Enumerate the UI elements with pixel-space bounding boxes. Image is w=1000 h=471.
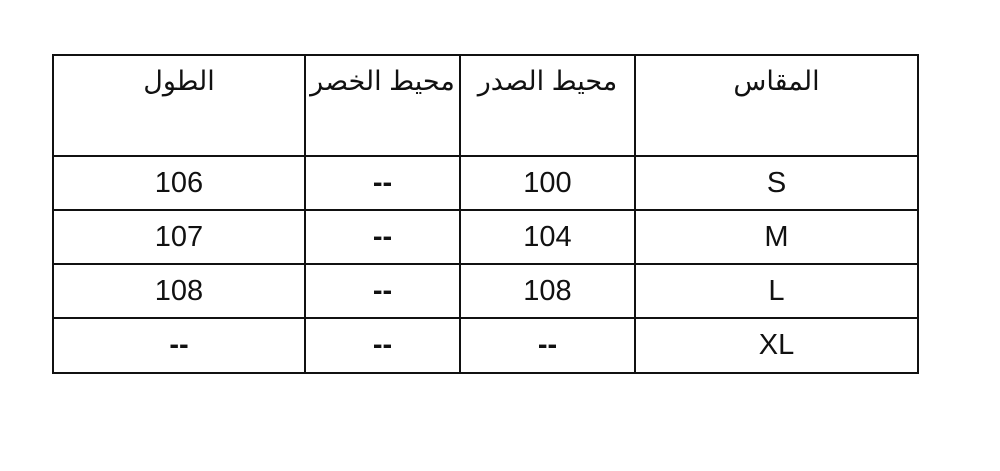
table-row: -- -- -- XL bbox=[53, 318, 918, 373]
table-row: 108 -- 108 L bbox=[53, 264, 918, 318]
cell-length: 106 bbox=[53, 156, 305, 210]
cell-size: M bbox=[635, 210, 918, 264]
table-row: 107 -- 104 M bbox=[53, 210, 918, 264]
cell-size: S bbox=[635, 156, 918, 210]
header-size: المقاس bbox=[635, 55, 918, 156]
cell-length: 107 bbox=[53, 210, 305, 264]
cell-chest: -- bbox=[460, 318, 635, 373]
cell-size: XL bbox=[635, 318, 918, 373]
size-chart-table: الطول محيط الخصر محيط الصدر المقاس 106 -… bbox=[52, 54, 919, 374]
cell-waist: -- bbox=[305, 156, 460, 210]
cell-chest: 104 bbox=[460, 210, 635, 264]
table-row: 106 -- 100 S bbox=[53, 156, 918, 210]
header-row: الطول محيط الخصر محيط الصدر المقاس bbox=[53, 55, 918, 156]
cell-size: L bbox=[635, 264, 918, 318]
cell-chest: 100 bbox=[460, 156, 635, 210]
header-waist: محيط الخصر bbox=[305, 55, 460, 156]
header-length: الطول bbox=[53, 55, 305, 156]
header-chest: محيط الصدر bbox=[460, 55, 635, 156]
cell-waist: -- bbox=[305, 264, 460, 318]
cell-length: -- bbox=[53, 318, 305, 373]
cell-waist: -- bbox=[305, 210, 460, 264]
cell-waist: -- bbox=[305, 318, 460, 373]
cell-chest: 108 bbox=[460, 264, 635, 318]
cell-length: 108 bbox=[53, 264, 305, 318]
